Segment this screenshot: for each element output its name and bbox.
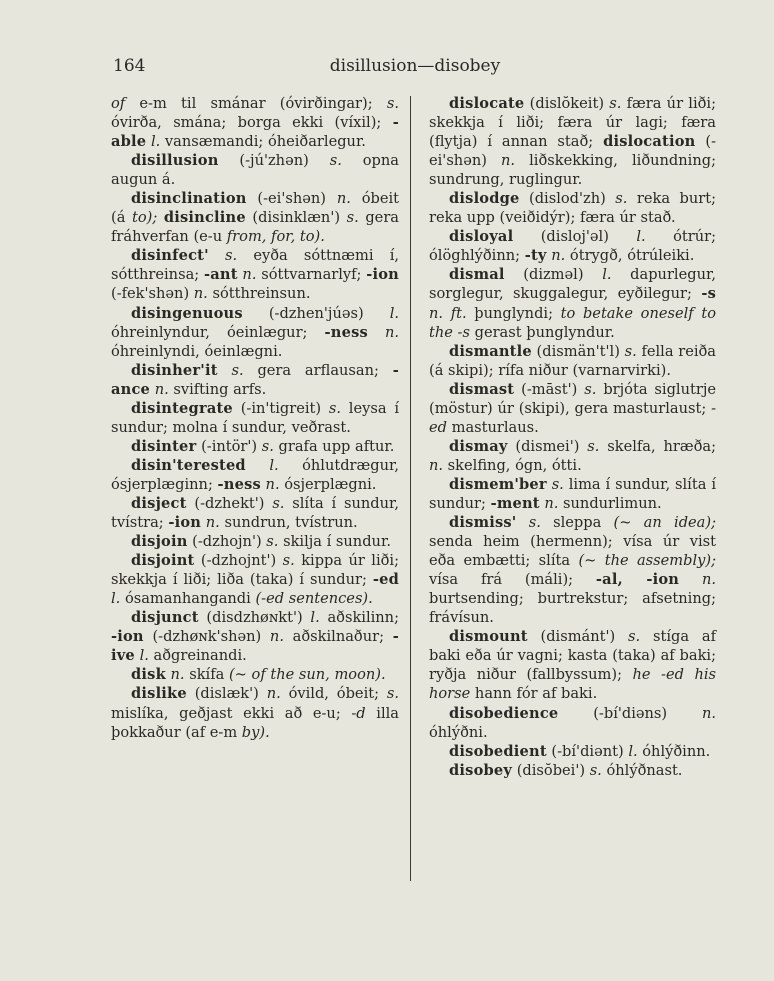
definition-text: (-māst') [514,381,584,398]
italic-label: n. [551,247,565,264]
italic-label: l. [636,228,645,245]
headword: dismay [449,438,508,455]
definition-text: skelfing, ógn, ótti. [443,457,582,474]
italic-label: s. [266,533,278,550]
dictionary-entry: disjoint (-dzhojnt') s. kippa úr liði; s… [111,551,399,608]
definition-text: (dislŏkeit) [524,95,609,112]
italic-label: by). [242,724,270,741]
definition-text: ótrygð, ótrúleiki. [565,247,694,264]
dictionary-entry: dismem'ber s. lima í sundur, slíta í sun… [429,475,716,513]
italic-label: s. [347,209,359,226]
headword: -ion [168,514,201,531]
definition-text [368,324,385,341]
definition-text [218,362,232,379]
headword: dislocate [449,95,524,112]
definition-text: (dismän't'l) [532,343,625,360]
headword: -ed [373,571,399,588]
definition-text: (-jú'zhən) [219,152,330,169]
dictionary-entry: disloyal (disloj'əl) l. ótrúr; ólöghlýði… [429,227,716,265]
definition-text: (disinklæn') [246,209,347,226]
definition-text: sótthreinsun. [208,285,311,302]
italic-label: -d [351,705,365,722]
entry-continuation: of e-m til smánar (óvirðingar); s. óvirð… [111,94,399,151]
page-header: 164 disillusion—disobey [113,56,717,82]
definition-text: e-m til smánar (óvirðingar); [125,95,387,112]
definition-text: óhreinlyndi, óeinlægni. [111,343,282,360]
italic-label: to); [132,209,157,226]
definition-text: (-fek'shən) [111,285,194,302]
italic-label: l. [111,590,120,607]
italic-label: s. [587,438,599,455]
italic-label: n. [267,685,281,702]
italic-label: l. [269,457,278,474]
definition-text: (-intör') [196,438,261,455]
headword: disinclination [131,190,247,207]
italic-label: n. [171,666,185,683]
headword: disin'terested [131,457,246,474]
definition-text: (-dzhen'júəs) [243,305,390,322]
headword: dismantle [449,343,532,360]
definition-text: þunglyndi; [467,305,561,322]
italic-label: l. [310,609,319,626]
headword: disjoin [131,533,188,550]
headword: -ness [325,324,368,341]
headword: -ant [204,266,238,283]
headword: disinfect' [131,247,209,264]
dictionary-entry: disjoin (-dzhojn') s. skilja í sundur. [111,532,399,551]
headword: -ness [218,476,261,493]
dictionary-entry: dislike (dislæk') n. óvild, óbeit; s. mi… [111,684,399,741]
dictionary-entry: dismantle (dismän't'l) s. fella reiða (á… [429,342,716,380]
italic-label: s. [225,247,237,264]
italic-label: n. [702,571,716,588]
column-divider [410,96,411,881]
headword: dismast [449,381,514,398]
headword: disinher'it [131,362,218,379]
italic-label: n. [242,266,256,283]
headword: dismiss' [449,514,516,531]
italic-label: s. [283,552,295,569]
left-column: of e-m til smánar (óvirðingar); s. óvirð… [111,94,399,742]
definition-text: gerast þunglyndur. [470,324,615,341]
dictionary-entry: disinfect' s. eyða sóttnæmi í, sótthrein… [111,246,399,303]
italic-label: s. [625,343,637,360]
headword: disincline [164,209,246,226]
italic-label: (~ of the sun, moon). [229,666,386,683]
italic-label: s. [609,95,621,112]
headword: disintegrate [131,400,233,417]
right-column: dislocate (dislŏkeit) s. færa úr liði; s… [429,94,716,780]
dictionary-entry: dislodge (dislod'zh) s. reka burt; reka … [429,189,716,227]
dictionary-entry: disjunct (disdzhøɴkt') l. aðskilinn; -io… [111,608,399,665]
definition-text [516,514,528,531]
headword: dismount [449,628,528,645]
italic-label: of [111,95,125,112]
definition-text: vísa frá (máli); [429,571,596,588]
dictionary-entry: disin'terested l. óhlutdrægur, ósjerplæg… [111,456,399,494]
italic-label: s. [330,152,342,169]
italic-label: s. [552,476,564,493]
definition-text: (dismei') [508,438,588,455]
italic-label: n. [155,381,169,398]
dictionary-entry: disingenuous (-dzhen'júəs) l. óhreinlynd… [111,304,399,361]
italic-label: n. [385,324,399,341]
dictionary-entry: disobedience (-bí'diəns) n. óhlýðni. [429,704,716,742]
italic-label: s. [329,400,341,417]
headword: dismal [449,266,505,283]
italic-label: n. [337,190,351,207]
definition-text: (-dzhojn') [188,533,267,550]
headword: disillusion [131,152,219,169]
definition-text: sóttvarnarlyf; [256,266,366,283]
definition-text: ósamanhangandi [120,590,255,607]
definition-text [679,571,702,588]
dictionary-entry: dismiss' s. sleppa (~ an idea); senda he… [429,513,716,627]
headword: disobedient [449,743,547,760]
definition-text: (disloj'əl) [513,228,636,245]
headword: dismem'ber [449,476,547,493]
headword: disobey [449,762,512,779]
italic-label: s. [615,190,627,207]
headword: disloyal [449,228,513,245]
definition-text: (-in'tigreit) [233,400,329,417]
definition-text: aðgreinandi. [149,647,247,664]
italic-label: (~ an idea); [614,514,716,531]
definition-text: masturlaus. [447,419,539,436]
definition-text: hann fór af baki. [470,685,597,702]
dictionary-entry: disk n. skífa (~ of the sun, moon). [111,665,399,684]
dictionary-entry: disinclination (-ei'shən) n. óbeit (á to… [111,189,399,246]
definition-text: grafa upp aftur. [274,438,395,455]
definition-text: sundrun, tvístrun. [220,514,358,531]
definition-text: óhlýðnast. [602,762,683,779]
italic-label: n. [194,285,208,302]
headword: -s [701,285,716,302]
italic-label: s. [387,685,399,702]
definition-text: óhreinlyndur, óeinlægur; [111,324,325,341]
definition-text: (-bí'diəns) [558,705,702,722]
definition-text: (dismánt') [528,628,628,645]
dictionary-entry: dismal (dizməl) l. dapurlegur, sorglegur… [429,265,716,341]
italic-label: s. [231,362,243,379]
italic-label: s. [584,381,596,398]
italic-label: l. [628,743,637,760]
definition-text: (dizməl) [505,266,603,283]
italic-label: l. [151,133,160,150]
dictionary-entry: disintegrate (-in'tigreit) s. leysa í su… [111,399,399,437]
headword: disk [131,666,166,683]
dictionary-entry: disillusion (-jú'zhən) s. opna augun á. [111,151,399,189]
italic-label: from, for, to). [227,228,325,245]
dictionary-entry: disobedient (-bí'diənt) l. óhlýðinn. [429,742,716,761]
definition-text: svifting arfs. [169,381,267,398]
dictionary-entry: dismount (dismánt') s. stíga af baki eða… [429,627,716,703]
definition-text: sundurlimun. [558,495,661,512]
definition-text: mislíka, geðjast ekki að e-u; [111,705,351,722]
italic-label: s. [590,762,602,779]
definition-text: (disdzhøɴkt') [199,609,311,626]
definition-text: burtsending; burtrekstur; afsetning; frá… [429,590,716,626]
definition-text [157,209,164,226]
italic-label: n. ft. [429,305,467,322]
dictionary-entry: disinher'it s. gera arflausan; -ance n. … [111,361,399,399]
headword: disobedience [449,705,558,722]
headword: disjoint [131,552,194,569]
definition-text: (-dzhojnt') [194,552,282,569]
definition-text: aðskilnaður; [284,628,393,645]
italic-label: (~ the assembly); [578,552,716,569]
italic-label: n. [501,152,515,169]
definition-text: óhlýðni. [429,724,488,741]
dictionary-entry: dislocate (dislŏkeit) s. færa úr liði; s… [429,94,716,189]
definition-text: óhlýðinn. [638,743,711,760]
italic-label: n. [702,705,716,722]
headword: disingenuous [131,305,243,322]
definition-text: skilja í sundur. [278,533,391,550]
dictionary-entry: disobey (disŏbei') s. óhlýðnast. [429,761,716,780]
definition-text: (-dzhøɴk'shən) [144,628,270,645]
dictionary-entry: disinter (-intör') s. grafa upp aftur. [111,437,399,456]
italic-label: l. [390,305,399,322]
headword: disject [131,495,187,512]
definition-text [246,457,269,474]
headword: -ion [366,266,399,283]
dictionary-entry: dismay (dismei') s. skelfa, hræða; n. sk… [429,437,716,475]
definition-text: (-bí'diənt) [547,743,629,760]
definition-text: aðskilinn; [320,609,399,626]
italic-label: s. [529,514,541,531]
italic-label: n. [429,457,443,474]
definition-text [209,247,225,264]
italic-label: l. [140,647,149,664]
italic-label: s. [262,438,274,455]
definition-text: gera arflausan; [244,362,393,379]
italic-label: n. [270,628,284,645]
definition-text: (dislod'zh) [520,190,616,207]
definition-text: (-dzhekt') [187,495,273,512]
running-head: disillusion—disobey [113,56,717,76]
headword: dislodge [449,190,520,207]
italic-label: s. [272,495,284,512]
headword: dislike [131,685,187,702]
definition-text: sleppa [541,514,614,531]
definition-text: skífa [185,666,229,683]
headword: -ion [111,628,144,645]
italic-label: s. [387,95,399,112]
definition-text: (dislæk') [187,685,267,702]
italic-label: l. [602,266,611,283]
headword: -al, -ion [596,571,679,588]
definition-text: skelfa, hræða; [599,438,716,455]
definition-text: óvild, óbeit; [281,685,387,702]
italic-label: n. [544,495,558,512]
italic-label: n. [206,514,220,531]
definition-text: (-ei'shən) [247,190,337,207]
definition-text: (disŏbei') [512,762,590,779]
dictionary-entry: dismast (-māst') s. brjóta siglutrje (mö… [429,380,716,437]
definition-text: vansæmandi; óheiðarlegur. [160,133,366,150]
dictionary-entry: disject (-dzhekt') s. slíta í sundur, tv… [111,494,399,532]
headword: -ty [525,247,547,264]
headword: disjunct [131,609,199,626]
italic-label: s. [628,628,640,645]
definition-text: ósjerplægni. [280,476,377,493]
italic-label: n. [266,476,280,493]
definition-text: óvirða, smána; borga ekki (víxil); [111,114,393,131]
headword: disinter [131,438,196,455]
italic-label: (-ed sentences). [255,590,372,607]
headword: dislocation [603,133,695,150]
headword: -ment [491,495,540,512]
